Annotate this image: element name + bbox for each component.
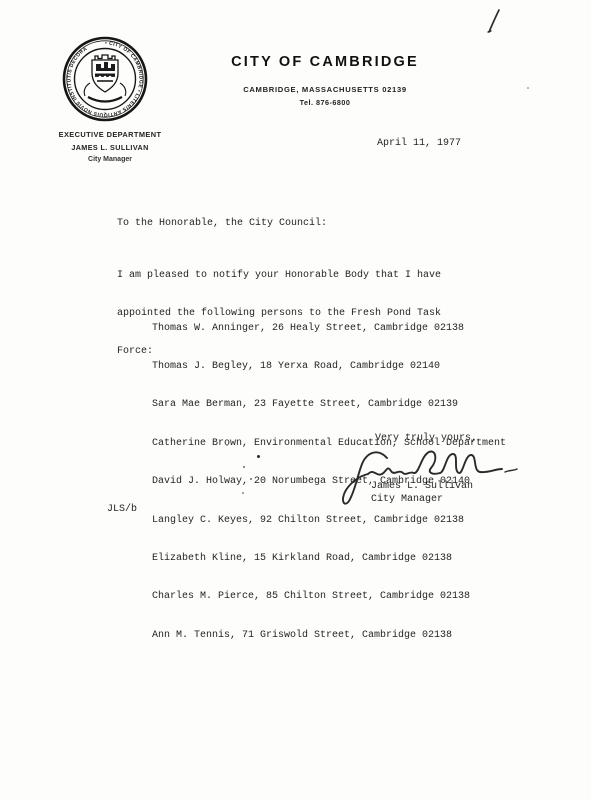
- department-block: EXECUTIVE DEPARTMENT JAMES L. SULLIVAN C…: [40, 130, 180, 163]
- handwritten-page-number-icon: [482, 7, 506, 37]
- signature-typed-name: James L. Sullivan: [371, 481, 473, 494]
- typist-initials: JLS/b: [107, 504, 137, 517]
- salutation: To the Honorable, the City Council:: [117, 218, 327, 231]
- scan-speck: [242, 492, 244, 494]
- city-seal-icon: • CITY OF CAMBRIDGE • LITERIS ANTIQUIS N…: [61, 35, 149, 123]
- scan-speck: [527, 87, 529, 89]
- department-name: EXECUTIVE DEPARTMENT: [40, 130, 180, 139]
- letterhead-title: CITY OF CAMBRIDGE: [210, 54, 440, 70]
- department-manager-title: City Manager: [40, 156, 180, 163]
- list-item: Elizabeth Kline, 15 Kirkland Road, Cambr…: [152, 553, 506, 566]
- list-item: Thomas W. Anninger, 26 Healy Street, Cam…: [152, 323, 506, 336]
- letterhead-address: CAMBRIDGE, MASSACHUSETTS 02139: [210, 85, 440, 94]
- paragraph-line: I am pleased to notify your Honorable Bo…: [117, 270, 441, 283]
- list-item: Sara Mae Berman, 23 Fayette Street, Camb…: [152, 399, 506, 412]
- scan-speck: [250, 478, 252, 480]
- scan-speck: [243, 466, 245, 468]
- list-item: Ann M. Tennis, 71 Griswold Street, Cambr…: [152, 630, 506, 643]
- scan-speck: [226, 444, 228, 446]
- letterhead: CITY OF CAMBRIDGE CAMBRIDGE, MASSACHUSET…: [210, 54, 440, 107]
- list-item: Thomas J. Begley, 18 Yerxa Road, Cambrid…: [152, 361, 506, 374]
- list-item: Langley C. Keyes, 92 Chilton Street, Cam…: [152, 515, 506, 528]
- scan-speck: [257, 455, 260, 458]
- valediction: Very truly yours,: [375, 433, 477, 446]
- list-item: Charles M. Pierce, 85 Chilton Street, Ca…: [152, 591, 506, 604]
- signature-typed-title: City Manager: [371, 494, 443, 507]
- department-manager-name: JAMES L. SULLIVAN: [40, 143, 180, 152]
- letterhead-phone: Tel. 876-6800: [210, 98, 440, 107]
- scanned-letter-page: • CITY OF CAMBRIDGE • LITERIS ANTIQUIS N…: [0, 0, 591, 800]
- letter-date: April 11, 1977: [377, 138, 461, 151]
